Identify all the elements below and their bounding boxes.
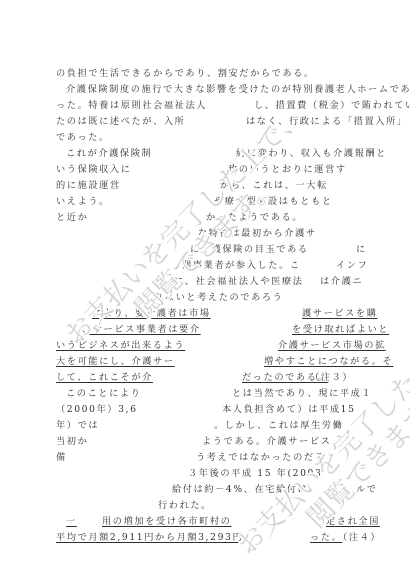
text-line: により、要介護者は市場護サービスを購 [56, 306, 366, 322]
text-segment: に介護保険の目玉である [190, 242, 309, 258]
text-line: った。特養は原則社会福祉法人し、措置費（税金）で賄われてい [56, 98, 366, 114]
text-line: 当初かようである。介護サービス [56, 434, 366, 450]
underlined-text-segment: 大を可能にし、介護サー [56, 354, 175, 370]
text-line: 備う考えではなかったのだろう [56, 450, 366, 466]
text-segment: ようである。介護サービス [202, 434, 331, 450]
text-line: 介護保険制度の施行で大きな影響を受けたのが特別養護老人ホームであ [56, 82, 366, 98]
underlined-text-segment: 一 [66, 514, 77, 530]
text-line: これが介護保険制約に変わり、収入も介護報酬と [56, 146, 366, 162]
underlined-text-segment: して、これこそが介 [56, 370, 153, 386]
text-segment: いう保険収入に [56, 162, 132, 178]
text-line: 平均で月額2,911円から月額3,293円った。（注４） [56, 530, 366, 546]
text-segment: 。しかし、これは厚生労働 [214, 418, 343, 434]
text-segment: 行われた。 [158, 498, 212, 514]
text-segment: 備 [56, 450, 67, 466]
text-segment: （2000年）3,6 [56, 402, 138, 418]
underlined-text-segment: 定され全国 [326, 514, 380, 530]
text-line: いえよう。や療養型施設はもともと [56, 194, 366, 210]
text-segment: ３年後の平成 15 年(2003 [188, 466, 322, 482]
text-segment: たのは既に述べたが、入所 [56, 114, 185, 130]
text-line: 大を可能にし、介護サー増やすことにつながる。そ [56, 354, 366, 370]
text-segment: インフ [336, 258, 368, 274]
text-line: （2000年）3,6本人負担含めて）は平成15 [56, 402, 366, 418]
text-line: 間事業者が参入した。こインフ [56, 258, 366, 274]
text-line: いう保険収入に政のいうとおりに運営す [56, 162, 366, 178]
text-segment: このことにより [66, 386, 142, 402]
text-line: 一用の増加を受け各市町村の定され全国 [56, 514, 366, 530]
text-segment: （注３） [310, 370, 353, 386]
underlined-text-segment: 介護サービス市場の拡 [278, 338, 386, 354]
text-segment: （注４） [338, 530, 381, 546]
text-segment: は介護ニ [320, 274, 363, 290]
text-segment: はなく、行政による「措置入所」 [246, 114, 408, 130]
text-segment: う考えではなかったのだろう [196, 450, 336, 466]
underlined-text-segment: 平均で月額2,911円から月額3,293円 [56, 530, 243, 546]
text-segment: とは当然であり、現に平成１ [232, 386, 372, 402]
text-segment: 本人負担含めて）は平成15 [222, 402, 356, 418]
text-segment: し、措置費（税金）で賄われてい [254, 98, 410, 114]
text-line: と近かかったようである。 [56, 210, 366, 226]
text-line: であった。 [56, 130, 366, 146]
underlined-text-segment: により、要介護者は市場 [92, 306, 211, 322]
text-segment: れないと考えたのであろう [154, 290, 283, 306]
text-segment: の負担で生活できるからであり、割安だからである。 [56, 66, 315, 82]
text-line: 行われた。 [56, 498, 366, 514]
text-segment: であった。 [56, 130, 110, 146]
text-segment: 政のいうとおりに運営す [228, 162, 347, 178]
text-segment: いえよう。 [56, 194, 110, 210]
underlined-text-segment: いうビジネスが出来るよう [56, 338, 185, 354]
text-segment: 的に施設運営 [56, 178, 121, 194]
document-page: の負担で生活できるからであり、割安だからである。介護保険制度の施行で大きな影響を… [0, 0, 410, 580]
text-line: に介護保険の目玉であるに [56, 242, 366, 258]
text-segment: な特徴は最初から介護サ [198, 226, 317, 242]
text-line: このことによりとは当然であり、現に平成１ [56, 386, 366, 402]
text-segment: から、これは、一大転 [220, 178, 328, 194]
text-segment: に、社会福祉法人や医療法 [174, 274, 303, 290]
text-segment: 約に変わり、収入も介護報酬と [236, 146, 387, 162]
text-segment: 給付は約－4%、在宅給付は [172, 482, 308, 498]
underlined-text-segment: を受け取ればよいと [292, 322, 389, 338]
text-line: いうビジネスが出来るよう介護サービス市場の拡 [56, 338, 366, 354]
text-line: ３年後の平成 15 年(2003 [56, 466, 366, 482]
text-segment: かったようである。 [206, 210, 303, 226]
text-segment: 当初か [56, 434, 88, 450]
text-line: して、これこそが介だったのである。（注３） [56, 370, 366, 386]
text-segment: 介護保険制度の施行で大きな影響を受けたのが特別養護老人ホームであ [66, 82, 410, 98]
text-line: な特徴は最初から介護サ [56, 226, 366, 242]
text-line: の負担で生活できるからであり、割安だからである。 [56, 66, 366, 82]
text-line: れないと考えたのであろう [56, 290, 366, 306]
text-line: たのは既に述べたが、入所はなく、行政による「措置入所」 [56, 114, 366, 130]
underlined-text-segment: 用の増加を受け各市町村の [102, 514, 231, 530]
text-segment: に [356, 242, 367, 258]
underlined-text-segment: 、サービス事業者は要介 [82, 322, 201, 338]
text-line: 、サービス事業者は要介を受け取ればよいと [56, 322, 366, 338]
text-segment: 間事業者が参入した。こ [182, 258, 301, 274]
text-segment: ルで [356, 482, 378, 498]
text-segment: 年）では [56, 418, 99, 434]
text-line: 年）では。しかし、これは厚生労働 [56, 418, 366, 434]
text-line: に、社会福祉法人や医療法は介護ニ [56, 274, 366, 290]
underlined-text-segment: 護サービスを購 [302, 306, 378, 322]
text-segment: これが介護保険制 [66, 146, 152, 162]
text-line: 的に施設運営から、これは、一大転 [56, 178, 366, 194]
underlined-text-segment: 増やすことにつながる。そ [264, 354, 393, 370]
text-segment: と近か [56, 210, 88, 226]
text-line: 給付は約－4%、在宅給付はルで [56, 482, 366, 498]
text-segment: や療養型施設はもともと [214, 194, 333, 210]
text-segment: った。特養は原則社会福祉法人 [56, 98, 207, 114]
